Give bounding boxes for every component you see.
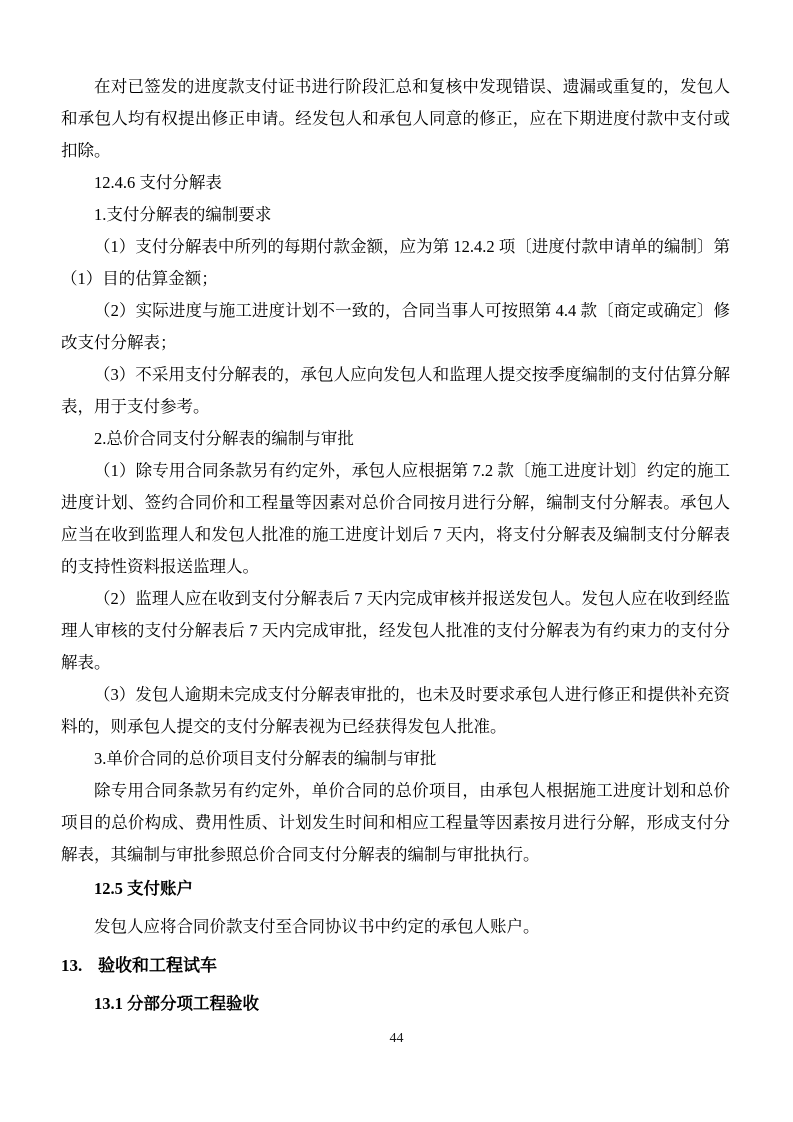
chapter-13-heading: 13. 验收和工程试车 (61, 949, 730, 982)
clause-13-1-heading: 13.1 分部分项工程验收 (61, 988, 730, 1020)
page-number: 44 (0, 1030, 793, 1048)
item-2-title: 2.总价合同支付分解表的编制与审批 (61, 423, 730, 455)
clause-12-5-body: 发包人应将合同价款支付至合同协议书中约定的承包人账户。 (61, 911, 730, 943)
item-2-sub-2: （2）监理人应在收到支付分解表后 7 天内完成审核并报送发包人。发包人应在收到经… (61, 583, 730, 679)
item-2-sub-1: （1）除专用合同条款另有约定外，承包人应根据第 7.2 款〔施工进度计划〕约定的… (61, 455, 730, 583)
chapter-13-number: 13. (61, 949, 98, 982)
paragraph-payment-correction: 在对已签发的进度款支付证书进行阶段汇总和复核中发现错误、遗漏或重复的，发包人和承… (61, 71, 730, 167)
item-2-sub-3: （3）发包人逾期未完成支付分解表审批的，也未及时要求承包人进行修正和提供补充资料… (61, 679, 730, 743)
item-3-title: 3.单价合同的总价项目支付分解表的编制与审批 (61, 743, 730, 775)
item-1-sub-2: （2）实际进度与施工进度计划不一致的，合同当事人可按照第 4.4 款〔商定或确定… (61, 295, 730, 359)
document-page: 在对已签发的进度款支付证书进行阶段汇总和复核中发现错误、遗漏或重复的，发包人和承… (0, 0, 793, 1122)
document-body: 在对已签发的进度款支付证书进行阶段汇总和复核中发现错误、遗漏或重复的，发包人和承… (61, 71, 730, 1026)
item-1-sub-1: （1）支付分解表中所列的每期付款金额，应为第 12.4.2 项〔进度付款申请单的… (61, 231, 730, 295)
clause-12-5-heading: 12.5 支付账户 (61, 873, 730, 905)
item-1-title: 1.支付分解表的编制要求 (61, 199, 730, 231)
item-1-sub-3: （3）不采用支付分解表的，承包人应向发包人和监理人提交按季度编制的支付估算分解表… (61, 359, 730, 423)
clause-12-4-6-title: 12.4.6 支付分解表 (61, 167, 730, 199)
item-3-body: 除专用合同条款另有约定外，单价合同的总价项目，由承包人根据施工进度计划和总价项目… (61, 775, 730, 871)
chapter-13-title: 验收和工程试车 (98, 949, 730, 982)
